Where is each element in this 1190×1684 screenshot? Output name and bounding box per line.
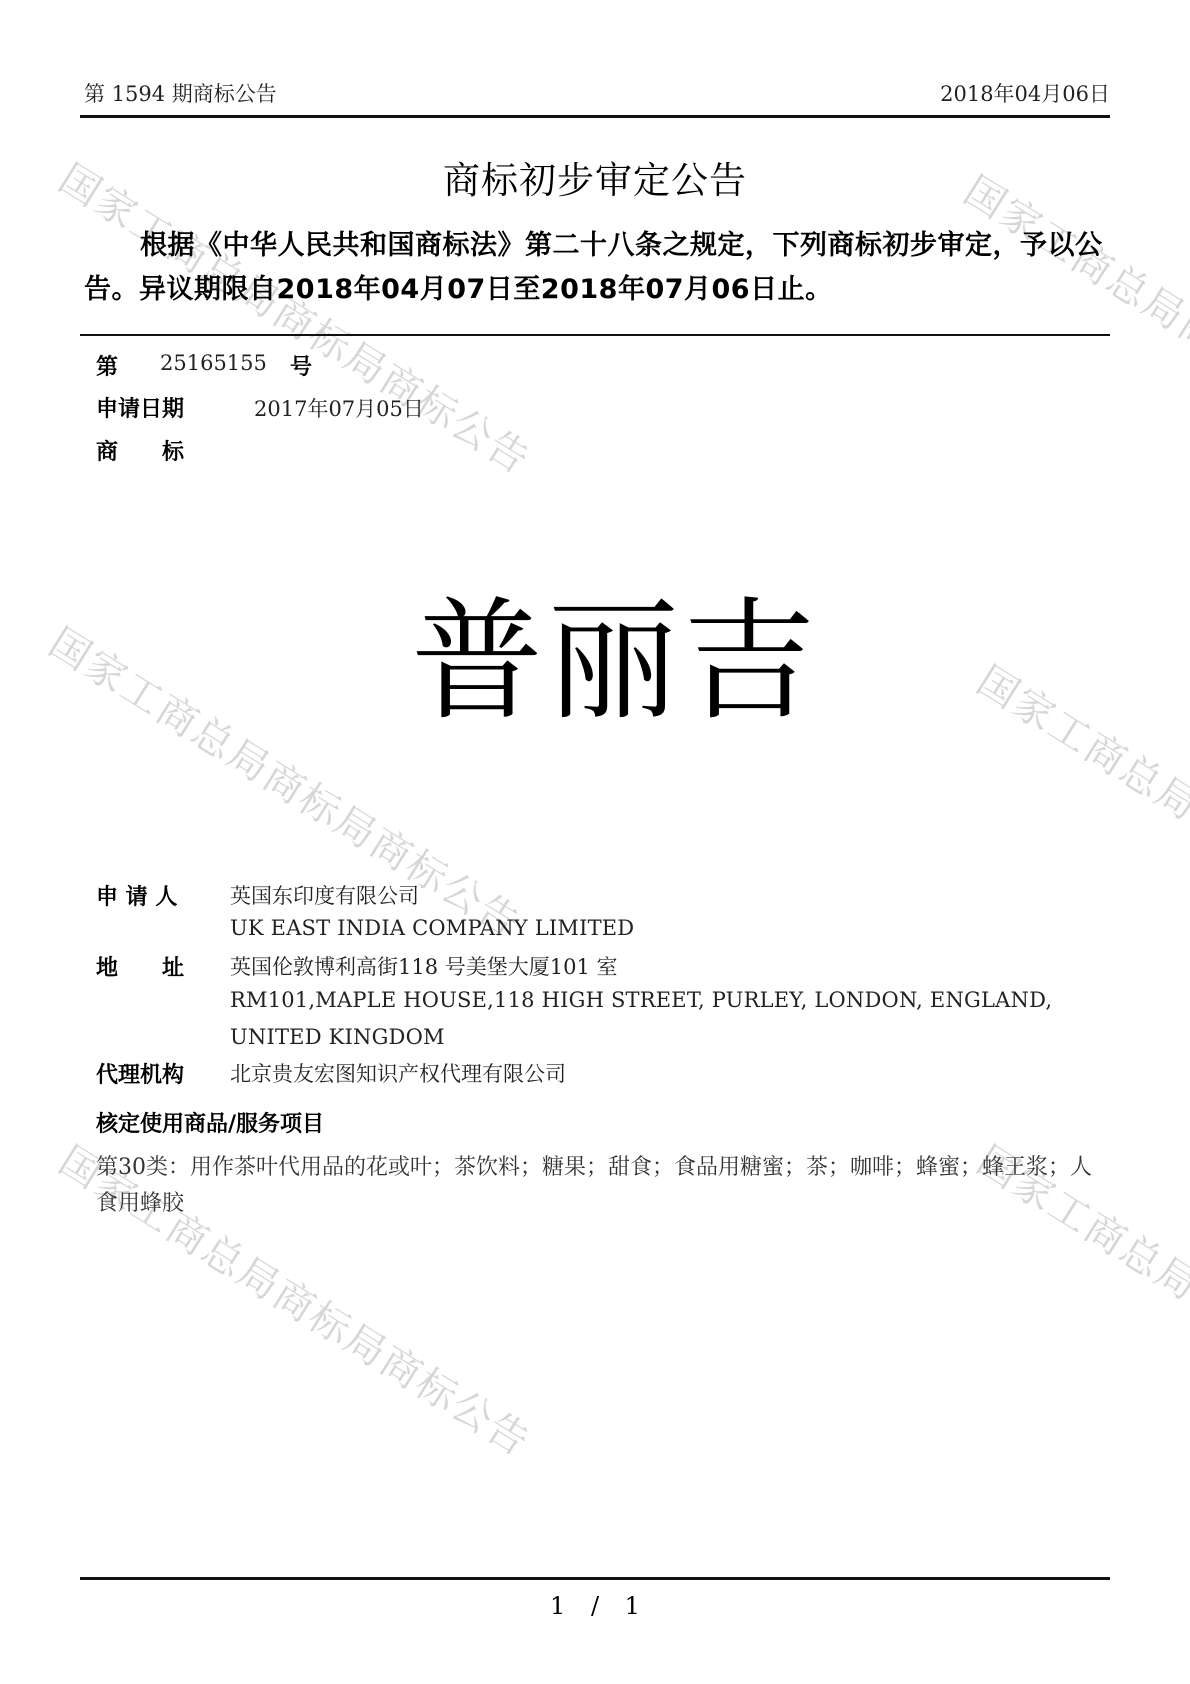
footer-divider [80, 1577, 1110, 1580]
agent-label: 代理机构 [96, 1058, 184, 1089]
address-en-line2: UNITED KINGDOM [230, 1025, 445, 1049]
number-suffix: 号 [290, 350, 312, 381]
address-en-line1: RM101,MAPLE HOUSE,118 HIGH STREET, PURLE… [230, 988, 1052, 1012]
watermark: 国家工商总局商标局商标公告 [955, 160, 1190, 498]
registration-number: 25165155 [160, 351, 267, 375]
applicant-label: 申 请 人 [96, 880, 177, 911]
issue-number: 第 1594 期商标公告 [84, 78, 277, 108]
page-title: 商标初步审定公告 [0, 150, 1190, 204]
trademark-label: 商 标 [96, 435, 184, 466]
publication-date: 2018年04月06日 [940, 78, 1110, 108]
number-prefix: 第 [96, 350, 118, 381]
applicant-name-en: UK EAST INDIA COMPANY LIMITED [230, 916, 634, 940]
page-indicator: 1 / 1 [0, 1592, 1190, 1620]
section-divider [80, 334, 1110, 336]
intro-paragraph: 根据《中华人民共和国商标法》第二十八条之规定，下列商标初步审定，予以公告。异议期… [84, 224, 1110, 312]
address-label: 地 址 [96, 951, 184, 982]
address-cn: 英国伦敦博利高街118 号美堡大厦101 室 [230, 951, 618, 981]
goods-label: 核定使用商品/服务项目 [96, 1107, 324, 1138]
agent-name: 北京贵友宏图知识产权代理有限公司 [230, 1058, 566, 1088]
header-divider [80, 115, 1110, 118]
trademark-image: 普丽吉 [0, 555, 1190, 745]
application-date: 2017年07月05日 [254, 393, 424, 423]
application-date-label: 申请日期 [96, 392, 184, 423]
goods-list: 第30类：用作茶叶代用品的花或叶；茶饮料；糖果；甜食；食品用糖蜜；茶；咖啡；蜂蜜… [96, 1150, 1106, 1222]
applicant-name-cn: 英国东印度有限公司 [230, 880, 419, 910]
